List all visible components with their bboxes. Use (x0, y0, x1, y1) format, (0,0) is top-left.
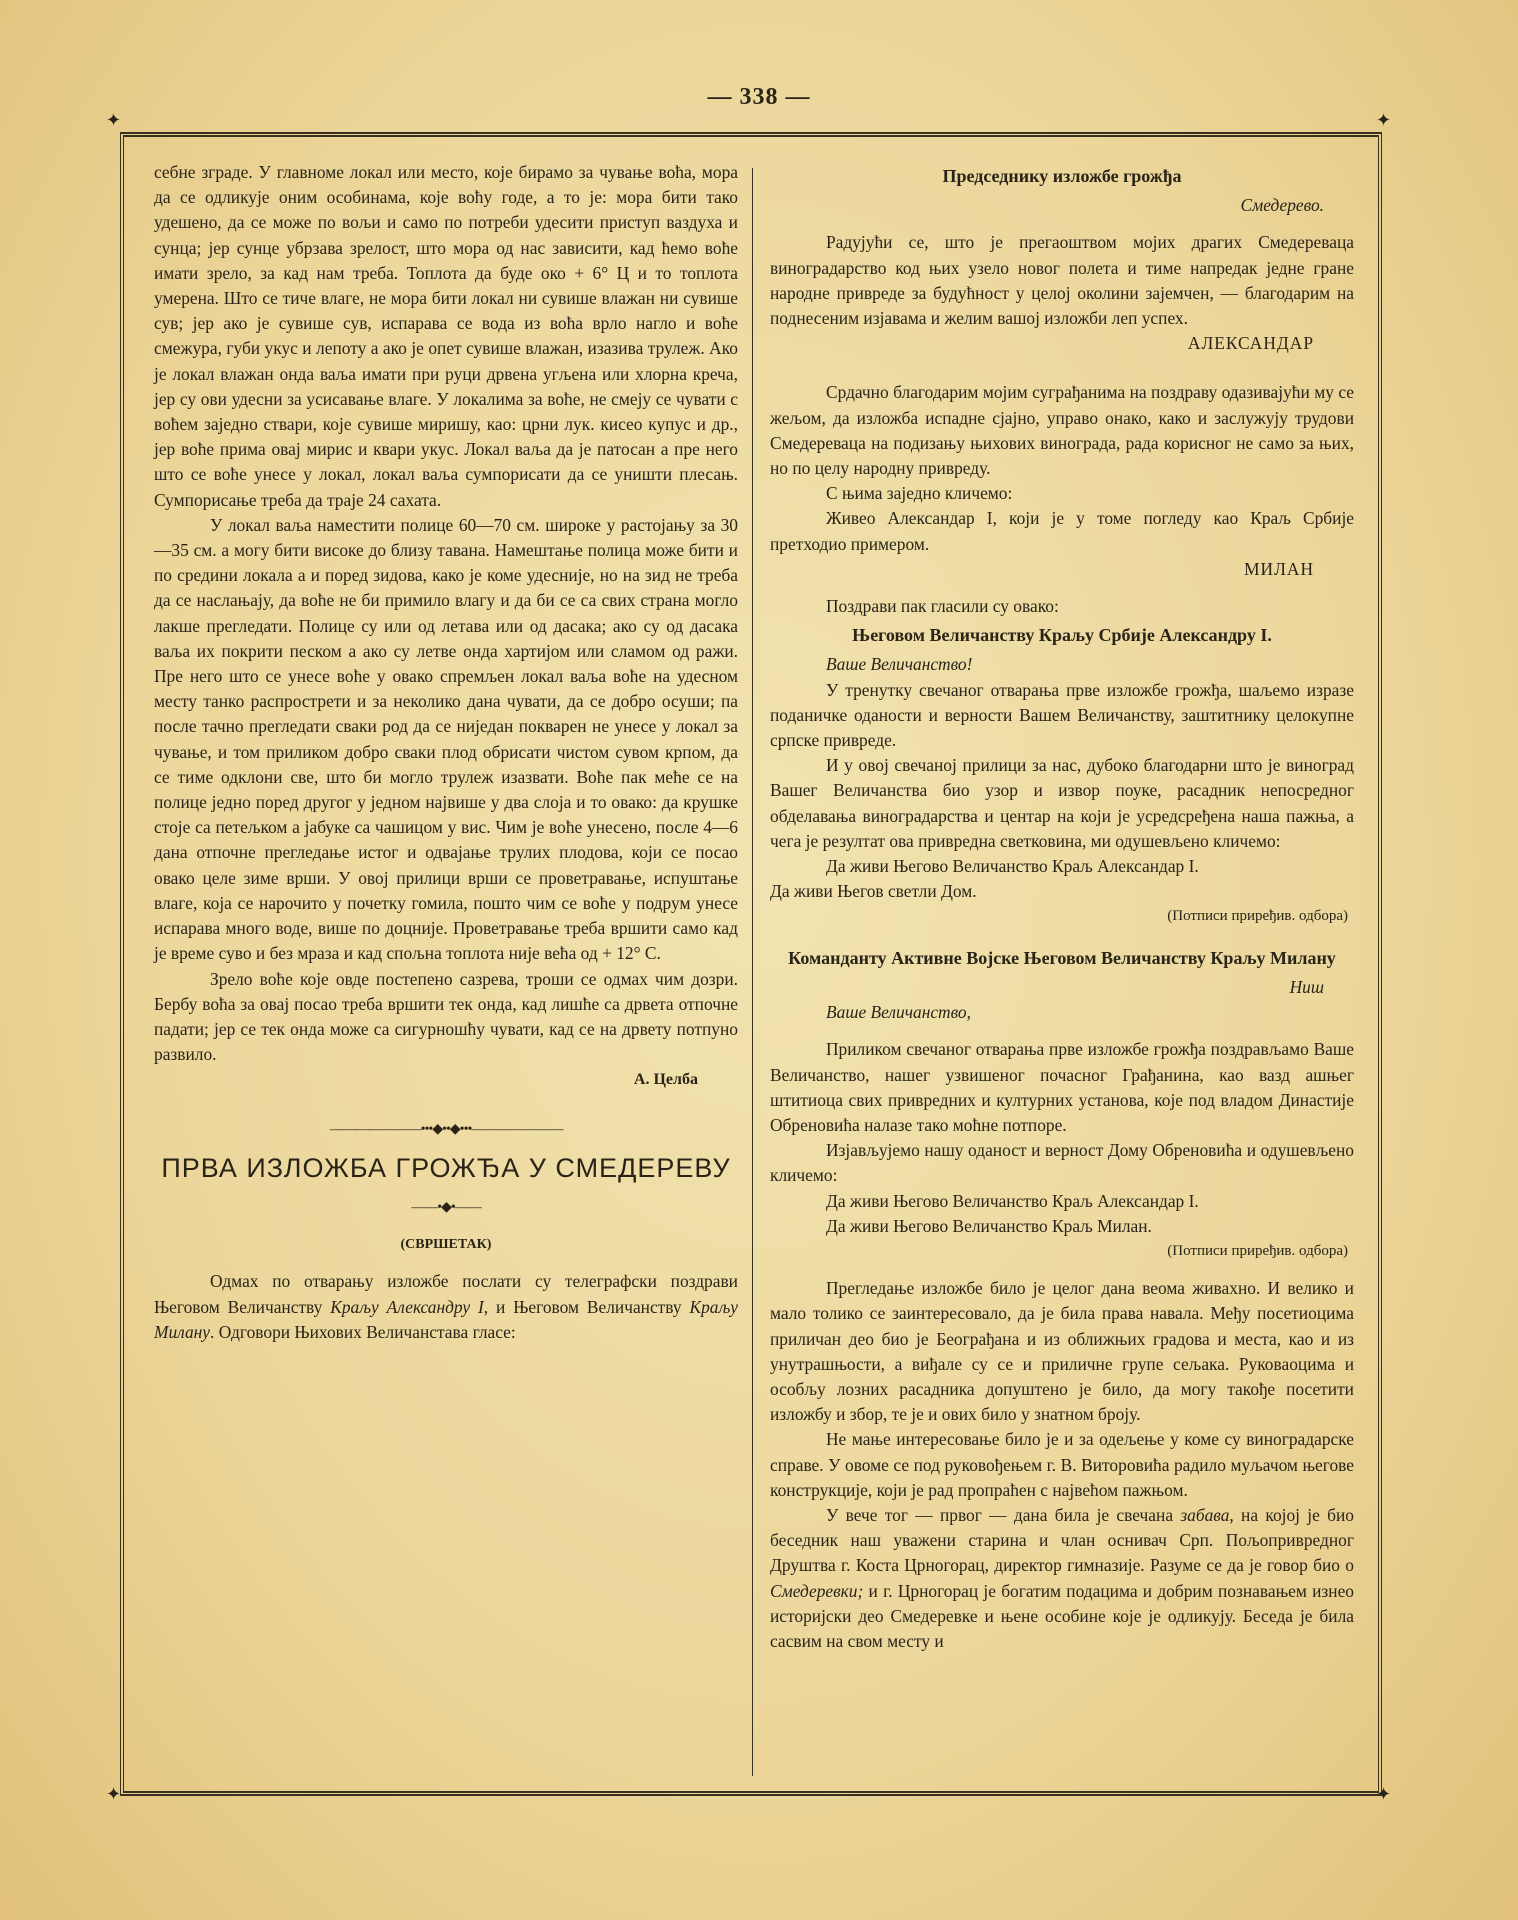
greeting-2-heading: Команданту Активне Војске Његовом Велича… (770, 946, 1354, 971)
report-emphasis-smederevka: Смедеревки; (770, 1581, 863, 1601)
author-signature: А. Целба (154, 1067, 738, 1092)
left-column: себне зграде. У главноме локал или место… (154, 160, 738, 1345)
greeting-2-paragraph-1: Приликом свечаног отварања прве изложбе … (770, 1037, 1354, 1138)
title-ornament-divider: ——•◆•—— (154, 1195, 738, 1220)
section-ornament-divider: ———————•••◆••◆•••——————— (154, 1117, 738, 1142)
telegram-1-signature: АЛЕКСАНДАР (770, 331, 1354, 356)
greeting-1-salutation: Ваше Величанство! (770, 652, 1354, 677)
telegram-1-body: Радујући се, што је прегаоштвом мојих др… (770, 230, 1354, 331)
greetings-intro: Поздрави пак гласили су овако: (770, 594, 1354, 619)
greeting-1-heading: Његовом Величанству Краљу Србије Алексан… (770, 623, 1354, 648)
report-emphasis-zabava: забава (1180, 1505, 1229, 1525)
fruit-storage-paragraph-3: Зрело воће које овде постепено сазрева, … (154, 967, 738, 1068)
corner-ornament-icon: ✦ (106, 1786, 121, 1804)
greeting-1-paragraph-2: И у овој свечаној прилици за нас, дубоко… (770, 753, 1354, 854)
greeting-1-cheer-1: Да живи Његово Величанство Краљ Александ… (770, 854, 1354, 879)
article-subtitle: (СВРШЕТАК) (154, 1232, 738, 1257)
article-intro-paragraph: Одмах по отварању изложбе послати су тел… (154, 1269, 738, 1345)
intro-text: , и Његовом Величанству (484, 1297, 690, 1317)
corner-ornament-icon: ✦ (1376, 1786, 1391, 1804)
right-column: Председнику изложбе грожђа Смедерево. Ра… (770, 160, 1354, 1654)
telegram-2-signature: МИЛАН (770, 557, 1354, 582)
telegram-2-line-2: С њима заједно кличемо: (770, 481, 1354, 506)
telegram-1-heading: Председнику изложбе грожђа (770, 164, 1354, 189)
greeting-2-note: (Потписи приређив. одбора) (770, 1239, 1354, 1264)
corner-ornament-icon: ✦ (106, 112, 121, 130)
article-title: ПРВА ИЗЛОЖБА ГРОЖЂА У СМЕДЕРЕВУ (154, 1156, 738, 1181)
greeting-2-paragraph-2: Изјављујемо нашу оданост и верност Дому … (770, 1138, 1354, 1188)
telegram-2-line-3: Живео Александар I, који је у томе погле… (770, 506, 1354, 556)
page-number: — 338 — (0, 84, 1518, 111)
greeting-2-salutation: Ваше Величанство, (770, 1000, 1354, 1025)
column-divider (752, 168, 753, 1776)
telegram-2-body: Срдачно благодарим мојим суграђанима на … (770, 380, 1354, 481)
report-paragraph-3: У вече тог — првог — дана била је свечан… (770, 1503, 1354, 1654)
greeting-2-cheer-1: Да живи Његово Величанство Краљ Александ… (770, 1189, 1354, 1214)
intro-emphasis-king-alexander: Краљу Александру I (330, 1297, 483, 1317)
greeting-1-note: (Потписи приређив. одбора) (770, 904, 1354, 929)
greeting-2-cheer-2: Да живи Његово Величанство Краљ Милан. (770, 1214, 1354, 1239)
intro-text: . Одговори Њихових Величанстава гласе: (210, 1322, 516, 1342)
telegram-1-place: Смедерево. (770, 193, 1354, 218)
report-paragraph-1: Прегледање изложбе било је целог дана ве… (770, 1276, 1354, 1427)
greeting-1-paragraph-1: У тренутку свечаног отварања прве изложб… (770, 678, 1354, 754)
greeting-2-place: Ниш (770, 975, 1354, 1000)
fruit-storage-paragraph-1: себне зграде. У главноме локал или место… (154, 160, 738, 513)
greeting-1-cheer-2: Да живи Његов светли Дом. (770, 879, 1354, 904)
fruit-storage-paragraph-2: У локал ваља наместити полице 60—70 см. … (154, 513, 738, 967)
report-text: У вече тог — првог — дана била је свечан… (826, 1505, 1180, 1525)
report-paragraph-2: Не мање интересовање било је и за одељењ… (770, 1427, 1354, 1503)
corner-ornament-icon: ✦ (1376, 112, 1391, 130)
